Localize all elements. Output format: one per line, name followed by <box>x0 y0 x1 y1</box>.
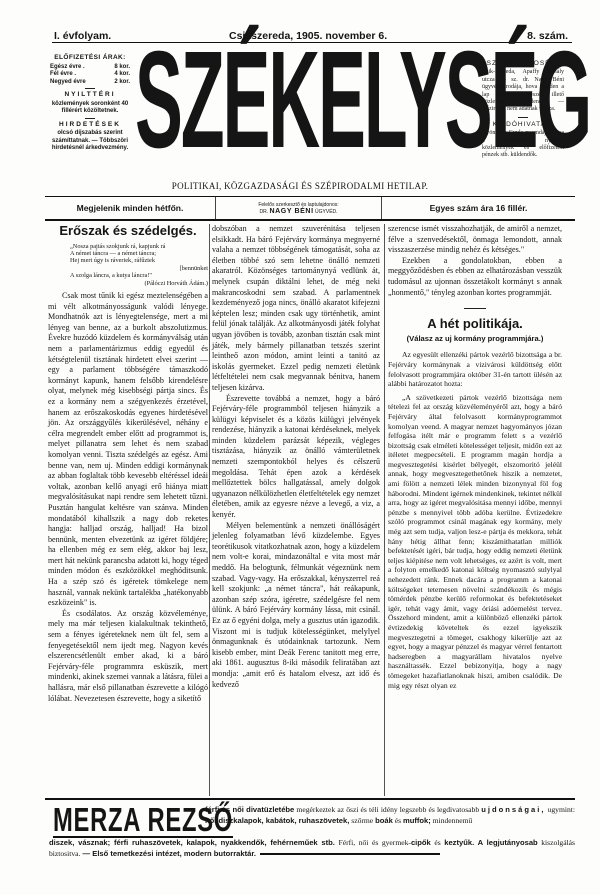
publication-schedule: Megjelenik minden hétfőn. <box>45 197 216 219</box>
price-row: Egész évre .8 kor. <box>50 64 130 72</box>
column-1: Erőszak és szédelgés. „Nosza pajtás szok… <box>48 224 208 704</box>
divider <box>260 853 440 855</box>
nyiltteri-text: közlemények soronként 40 fillérért közöl… <box>50 101 130 116</box>
ad-text-continued: diszek, vásznak; férfi ruhaszövetek, kal… <box>49 837 575 859</box>
newspaper-subtitle: POLITIKAI, KÖZGAZDASÁGI ÉS SZÉPIRODALMI … <box>0 181 600 191</box>
article-title: Erőszak és szédelgés. <box>48 226 208 237</box>
quoted-resolution: „A szövetkezeti pártok vezérlő bizottság… <box>388 393 562 690</box>
column-2: dobszóban a nemzet szuverénitása teljese… <box>212 224 380 690</box>
volume-label: I. évfolyam. <box>54 30 111 42</box>
newspaper-title: SZÉKELYSÉG <box>135 40 312 160</box>
editorial-heading: SZERKESZTOSÉG: <box>482 60 564 67</box>
ads-heading: HIRDETÉSEK <box>50 121 130 129</box>
subscription-box: ELŐFIZETÉSI ÁRAK: Egész évre .8 kor. Fél… <box>50 52 130 153</box>
info-bar: Megjelenik minden hétfőn. Felelős szerke… <box>45 196 575 221</box>
editor-prefix: DR. <box>259 209 268 215</box>
column-rule <box>384 224 385 796</box>
paragraph: És csodálatos. Az ország közvéleménye, m… <box>48 609 208 704</box>
article-title: A hét politikája. <box>388 319 562 330</box>
publisher-heading: KIADÓHIVATAL: <box>482 121 564 128</box>
paragraph: szerencse ismét visszahozhatják, de amir… <box>388 224 562 256</box>
editor-info: Felelős szerkesztő és laptulajdonos: DR.… <box>216 197 382 219</box>
paragraph: Ezekben a gondolatokban, ebben a meggyőz… <box>388 256 562 298</box>
column-3: szerencse ismét visszahozhatják, de amir… <box>388 224 562 690</box>
price-row: Negyed évre2 kor. <box>50 79 130 87</box>
contact-box: SZERKESZTOSÉG: Csik-Szereda, Apaffy Mihá… <box>482 58 564 160</box>
article-motto: „Nosza pajtás szokjunk rá, kapjunk rá A … <box>70 243 208 287</box>
divider <box>85 118 95 119</box>
ad-text: férfi és női divatüzletébe megérkeztek a… <box>205 804 575 826</box>
advertisement: MERZA REZSŐ férfi és női divatüzletébe m… <box>45 798 575 852</box>
editorial-text: Csik-Szereda, Apaffy Mihály utcza — sz. … <box>482 69 564 113</box>
motto-author: (Pálóczi Horváth Ádám.) <box>70 280 208 287</box>
editor-suffix: ÜGYVÉD. <box>315 209 338 215</box>
publisher-text: Gyöngyös Gyula nyomdája, hova a hirdetés… <box>482 130 564 160</box>
paragraph: dobszóban a nemzet szuverénitása teljese… <box>212 224 380 394</box>
divider <box>85 88 95 89</box>
column-rule <box>209 224 210 796</box>
paragraph: Észrevette továbbá a nemzet, hogy a báró… <box>212 394 380 521</box>
divider <box>518 117 528 118</box>
issue-price: Egyes szám ára 16 fillér. <box>382 197 575 219</box>
paragraph: Csak most tűnik ki egész meztelenségében… <box>48 291 208 609</box>
price-row: Fél évre .4 kor. <box>50 71 130 79</box>
paragraph: Mélyen belementünk a nemzeti önállóságér… <box>212 521 380 691</box>
prices-heading: ELŐFIZETÉSI ÁRAK: <box>50 54 130 62</box>
ads-text: olcsó díjszabás szerint számíttatnak. — … <box>50 130 130 153</box>
paragraph: Az egyesült ellenzéki pártok vezérlő biz… <box>388 350 562 388</box>
nyiltteri-heading: NYILTTÉRI <box>50 91 130 99</box>
divider <box>464 308 486 309</box>
article-subtitle: (Válasz az uj kormány programmjára.) <box>388 334 562 345</box>
editor-name: NAGY BÉNI <box>269 208 313 215</box>
